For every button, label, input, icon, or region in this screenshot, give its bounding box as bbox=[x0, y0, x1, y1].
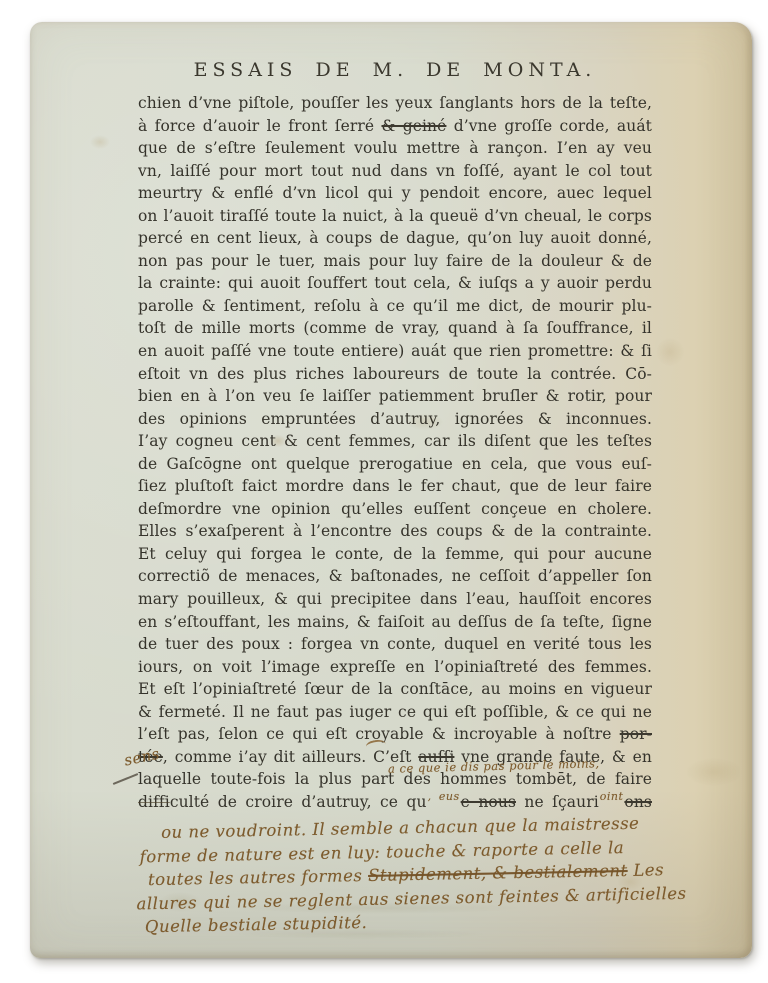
printed-line: non pas pour le tuer, mais pour luy fair… bbox=[138, 250, 652, 273]
printed-line: mary pouilleux, & qui precipitee dans l’… bbox=[138, 588, 652, 611]
printed-text: Quelle bestiale stupidité. bbox=[145, 913, 368, 936]
printed-line: deſmordre vne opinion qu’elles euſſent c… bbox=[138, 498, 652, 521]
printed-text: diffi bbox=[138, 793, 170, 811]
printed-line: en auoit paſſé vne toute entiere) auát q… bbox=[138, 340, 652, 363]
handwritten-text: , eus bbox=[428, 791, 460, 803]
printed-text: toſt de mille morts (comme de vray, quan… bbox=[138, 319, 652, 337]
printed-text: iours, on voit l’image expreſſe en l’opi… bbox=[138, 658, 652, 676]
printed-text: & geiné bbox=[381, 117, 446, 135]
printed-line: & fermeté. Il ne faut pas iuger ce qui e… bbox=[138, 701, 652, 724]
margin-pen-stroke bbox=[113, 773, 139, 785]
printed-text: non pas pour le tuer, mais pour luy fair… bbox=[138, 252, 652, 270]
printed-text: I’ay cogneu cent & cent femmes, car ils … bbox=[138, 432, 652, 450]
printed-text: por- bbox=[620, 725, 652, 743]
printed-text: , comme i’ay dit ailleurs. C’eſt bbox=[163, 748, 418, 766]
hand-annotations: ou ne voudroint. Il semble a chacun que … bbox=[133, 811, 701, 939]
printed-line: toſt de mille morts (comme de vray, quan… bbox=[138, 317, 652, 340]
printed-text: d’vne groſſe corde, auát bbox=[446, 117, 652, 135]
printed-line: bien en à l’on veu ſe laiſſer patiemment… bbox=[138, 385, 652, 408]
printed-text: culté de croire d’autruy, ce qu bbox=[170, 793, 427, 811]
printed-text: la crainte: qui auoit ſouffert tout cela… bbox=[138, 274, 652, 292]
printed-line: de tuer des poux : forgea vn conte, duqu… bbox=[138, 633, 652, 656]
printed-line: Et celuy qui forgea le conte, de la femm… bbox=[138, 543, 652, 566]
printed-text: Stupidement, & bestialement bbox=[368, 861, 628, 885]
printed-text: à force d’auoir le front ſerré bbox=[138, 117, 381, 135]
body-text: a ce que ie dis pas pour le moins, chien… bbox=[138, 92, 652, 814]
printed-line: iours, on voit l’image expreſſe en l’opi… bbox=[138, 656, 652, 679]
printed-text: meurtry & enflé d’vn licol qui y pendoit… bbox=[138, 184, 652, 202]
printed-text: e nous bbox=[461, 793, 516, 811]
scanned-book-page: ESSAIS DE M. DE MONTA. a ce que ie dis p… bbox=[0, 0, 768, 983]
printed-text: Elles s’exaſperent à l’encontre des coup… bbox=[138, 522, 652, 540]
printed-line: de Gaſcōgne ont quelque prerogatiue en c… bbox=[138, 453, 652, 476]
printed-text: que de s’eſtre ſeulement voulu mettre à … bbox=[138, 139, 652, 157]
printed-line: on l’auoit tiraſſé toute la nuict, à la … bbox=[138, 205, 652, 228]
printed-text: deſmordre vne opinion qu’elles euſſent c… bbox=[138, 500, 652, 518]
printed-text: correctiõ de menaces, & baſtonades, ne c… bbox=[138, 567, 652, 585]
printed-text: chien d’vne piſtole, pouſſer les yeux ſa… bbox=[138, 94, 652, 112]
printed-text: Et eſt l’opiniaſtreté ſœur de la conſtāc… bbox=[138, 680, 652, 698]
printed-line: eſtoit vn des plus riches laboureurs de … bbox=[138, 363, 652, 386]
printed-text: en auoit paſſé vne toute entiere) auát q… bbox=[138, 342, 652, 360]
printed-line: correctiõ de menaces, & baſtonades, ne c… bbox=[138, 565, 652, 588]
running-header: ESSAIS DE M. DE MONTA. bbox=[138, 58, 652, 82]
printed-line: chien d’vne piſtole, pouſſer les yeux ſa… bbox=[138, 92, 652, 115]
printed-line: Elles s’exaſperent à l’encontre des coup… bbox=[138, 520, 652, 543]
handwritten-text: oint bbox=[600, 791, 624, 803]
printed-text: ſiez pluſtoſt faict mordre dans le fer c… bbox=[138, 477, 652, 495]
printed-line: des opinions empruntées d’autruy, ignoré… bbox=[138, 408, 652, 431]
printed-line: que de s’eſtre ſeulement voulu mettre à … bbox=[138, 137, 652, 160]
printed-line: meurtry & enflé d’vn licol qui y pendoit… bbox=[138, 182, 652, 205]
printed-line: I’ay cogneu cent & cent femmes, car ils … bbox=[138, 430, 652, 453]
printed-text: on l’auoit tiraſſé toute la nuict, à la … bbox=[138, 207, 652, 225]
printed-text: des opinions empruntées d’autruy, ignoré… bbox=[138, 410, 652, 428]
printed-line: parolle & ſentiment, reſolu à ce qu’il m… bbox=[138, 295, 652, 318]
printed-line: vn, laiſſé pour mort tout nud dans vn fo… bbox=[138, 160, 652, 183]
printed-line: à force d’auoir le front ſerré & geiné d… bbox=[138, 115, 652, 138]
printed-text: mary pouilleux, & qui precipitee dans l’… bbox=[138, 590, 652, 608]
printed-line: Et eſt l’opiniaſtreté ſœur de la conſtāc… bbox=[138, 678, 652, 701]
printed-text: parolle & ſentiment, reſolu à ce qu’il m… bbox=[138, 297, 652, 315]
printed-line: percé en cent lieux, à coups de dague, q… bbox=[138, 227, 652, 250]
paper-sheet: ESSAIS DE M. DE MONTA. a ce que ie dis p… bbox=[30, 22, 752, 958]
printed-text-block: ESSAIS DE M. DE MONTA. a ce que ie dis p… bbox=[138, 58, 652, 814]
printed-text: ons bbox=[624, 793, 652, 811]
printed-line: ſiez pluſtoſt faict mordre dans le fer c… bbox=[138, 475, 652, 498]
printed-text: en s’eſtouffant, les mains, & faiſoit au… bbox=[138, 613, 652, 631]
printed-text: eſtoit vn des plus riches laboureurs de … bbox=[138, 365, 652, 383]
printed-line: en s’eſtouffant, les mains, & faiſoit au… bbox=[138, 611, 652, 634]
printed-text: toutes les autres formes bbox=[148, 866, 368, 889]
printed-line: la crainte: qui auoit ſouffert tout cela… bbox=[138, 272, 652, 295]
printed-text: vn, laiſſé pour mort tout nud dans vn fo… bbox=[138, 162, 652, 180]
printed-text: Et celuy qui forgea le conte, de la femm… bbox=[138, 545, 652, 563]
printed-text: ne ſçauri bbox=[516, 793, 599, 811]
printed-text: de tuer des poux : forgea vn conte, duqu… bbox=[138, 635, 652, 653]
printed-text: Les bbox=[627, 860, 664, 880]
printed-line: l’eſt pas, ſelon ce qui eſt croyable & i… bbox=[138, 723, 652, 746]
printed-text: de Gaſcōgne ont quelque prerogatiue en c… bbox=[138, 455, 652, 473]
printed-text: bien en à l’on veu ſe laiſſer patiemment… bbox=[138, 387, 652, 405]
printed-text: & fermeté. Il ne faut pas iuger ce qui e… bbox=[138, 703, 652, 721]
printed-text: percé en cent lieux, à coups de dague, q… bbox=[138, 229, 652, 247]
printed-line: difficulté de croire d’autruy, ce qu, eu… bbox=[138, 791, 652, 814]
